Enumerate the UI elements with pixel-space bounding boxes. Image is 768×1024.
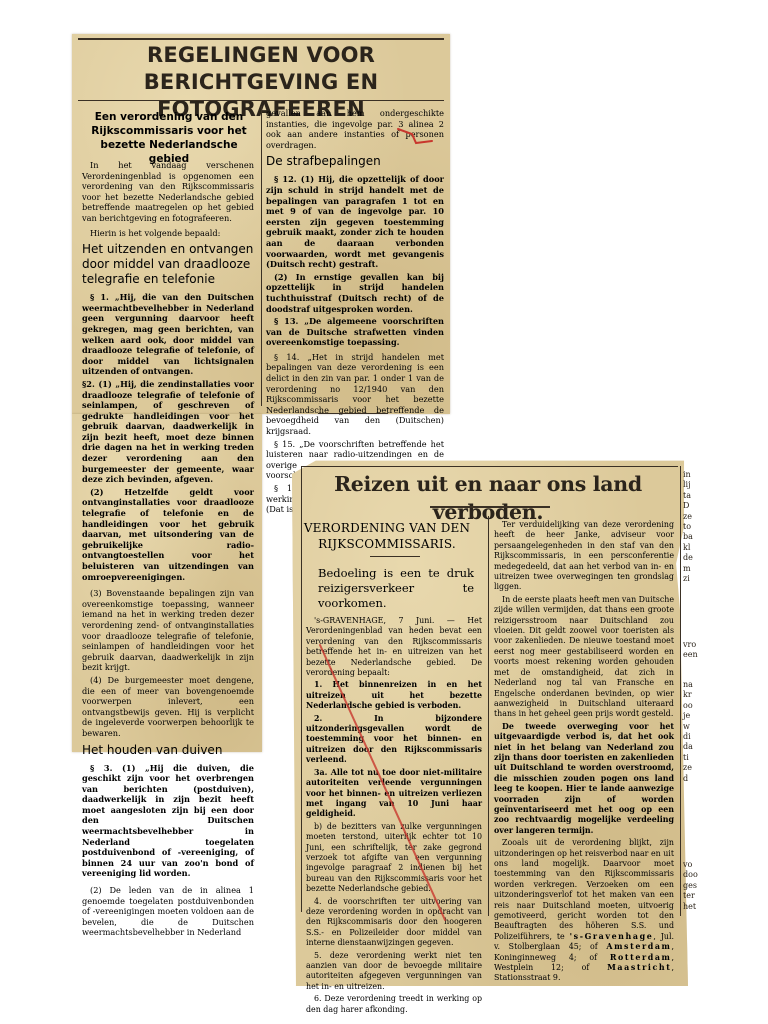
clipping-1-left-column: In het vandaag verschenen Verordeningenb… [82, 160, 254, 940]
paragraph: (2) In ernstige gevallen kan bij opzette… [266, 272, 444, 314]
paragraph: § 13. „De algemeene voorschriften van de… [266, 316, 444, 348]
clipping-2-subheadline: VERORDENING VAN DEN RIJKSCOMMISSARIS. [302, 520, 472, 552]
paragraph: (2) De leden van de in alinea 1 genoemde… [82, 885, 254, 938]
paragraph: 6. Deze verordening treedt in werking op… [306, 994, 482, 1015]
column-divider [261, 106, 262, 406]
clipping-1-right-column: gevallen aan hem ondergeschikte instanti… [266, 108, 444, 517]
paragraph: §2. (1) „Hij, die zendinstallaties voor … [82, 379, 254, 485]
clipping-1-subheadline: Een verordening van den Rijkscommissaris… [80, 110, 258, 166]
paragraph-text: Zooals uit de verordening blijkt, zijn u… [494, 838, 674, 941]
edge-fragment-text: in lij ta D ze to ba kl de m zi [683, 470, 693, 584]
paragraph: § 12. (1) Hij, die opzettelijk of door z… [266, 174, 444, 269]
address-city: Amsterdam [606, 942, 671, 951]
paragraph: (2) Hetzelfde geldt voor ontvanginstalla… [82, 487, 254, 582]
top-rule [78, 38, 444, 40]
edge-fragment-text: vro een [683, 640, 693, 661]
paragraph: De tweede overweging voor het uitgevaard… [494, 722, 674, 836]
lead-paragraph: gevallen aan hem ondergeschikte instanti… [266, 108, 444, 150]
sub-rule [370, 556, 420, 557]
clipping-2-deck: Bedoeling is een te druk reizigersverkee… [318, 566, 474, 611]
paragraph: § 1. „Hij, die van den Duitschen weermac… [82, 292, 254, 377]
right-border [680, 466, 681, 916]
paragraph: 1. Het binnenreizen in en het uitreizen … [306, 680, 482, 711]
paragraph: 5. deze verordening werkt niet ten aanzi… [306, 951, 482, 993]
paragraph: 4. de voorschriften ter uitvoering van d… [306, 897, 482, 949]
edge-fragment-text: vo doo ges ter het [683, 860, 693, 912]
headline-rule [430, 506, 550, 508]
section-title-pigeons: Het houden van duiven [82, 743, 254, 758]
paragraph: Ter verduidelijking van deze verordening… [494, 520, 674, 593]
end-rule [318, 413, 388, 414]
address-city: Rotterdam [610, 953, 672, 962]
clipping-2-left-column: 's-GRAVENHAGE, 7 Juni. — Het Verordening… [306, 616, 482, 1017]
section-title-penalties: De strafbepalingen [266, 154, 444, 169]
paragraph: 2. In bijzondere uitzonderingsgevallen w… [306, 714, 482, 766]
clipping-2-right-column: Ter verduidelijking van deze verordening… [494, 520, 674, 986]
address-city: Maastricht [607, 963, 671, 972]
section-title-radio: Het uitzenden en ontvangen door middel v… [82, 242, 254, 287]
paragraph: 's-GRAVENHAGE, 7 Juni. — Het Verordening… [306, 616, 482, 678]
intro-paragraph: In het vandaag verschenen Verordeningenb… [82, 160, 254, 224]
top-rule [302, 466, 678, 467]
paragraph: § 3. (1) „Hij die duiven, die geschikt z… [82, 763, 254, 880]
paragraph: (3) Bovenstaande bepalingen zijn van ove… [82, 588, 254, 673]
paragraph: Zooals uit de verordening blijkt, zijn u… [494, 838, 674, 984]
intro-paragraph-2: Hierin is het volgende bepaald: [82, 228, 254, 239]
paragraph: § 14. „Het in strijd handelen met bepali… [266, 352, 444, 437]
column-divider [488, 516, 489, 916]
address-city: 's-Gravenhage [570, 932, 654, 941]
paragraph: (4) De burgemeester moet dengene, die ee… [82, 675, 254, 739]
paragraph: In de eerste plaats heeft men van Duitsc… [494, 595, 674, 720]
paragraph: b) de bezitters van zulke vergunningen m… [306, 822, 482, 895]
edge-fragment-text: na kr oo je w di da ti ze d [683, 680, 693, 784]
paragraph: 3a. Alle tot nu toe door niet-militaire … [306, 768, 482, 820]
headline-rule [78, 100, 444, 101]
